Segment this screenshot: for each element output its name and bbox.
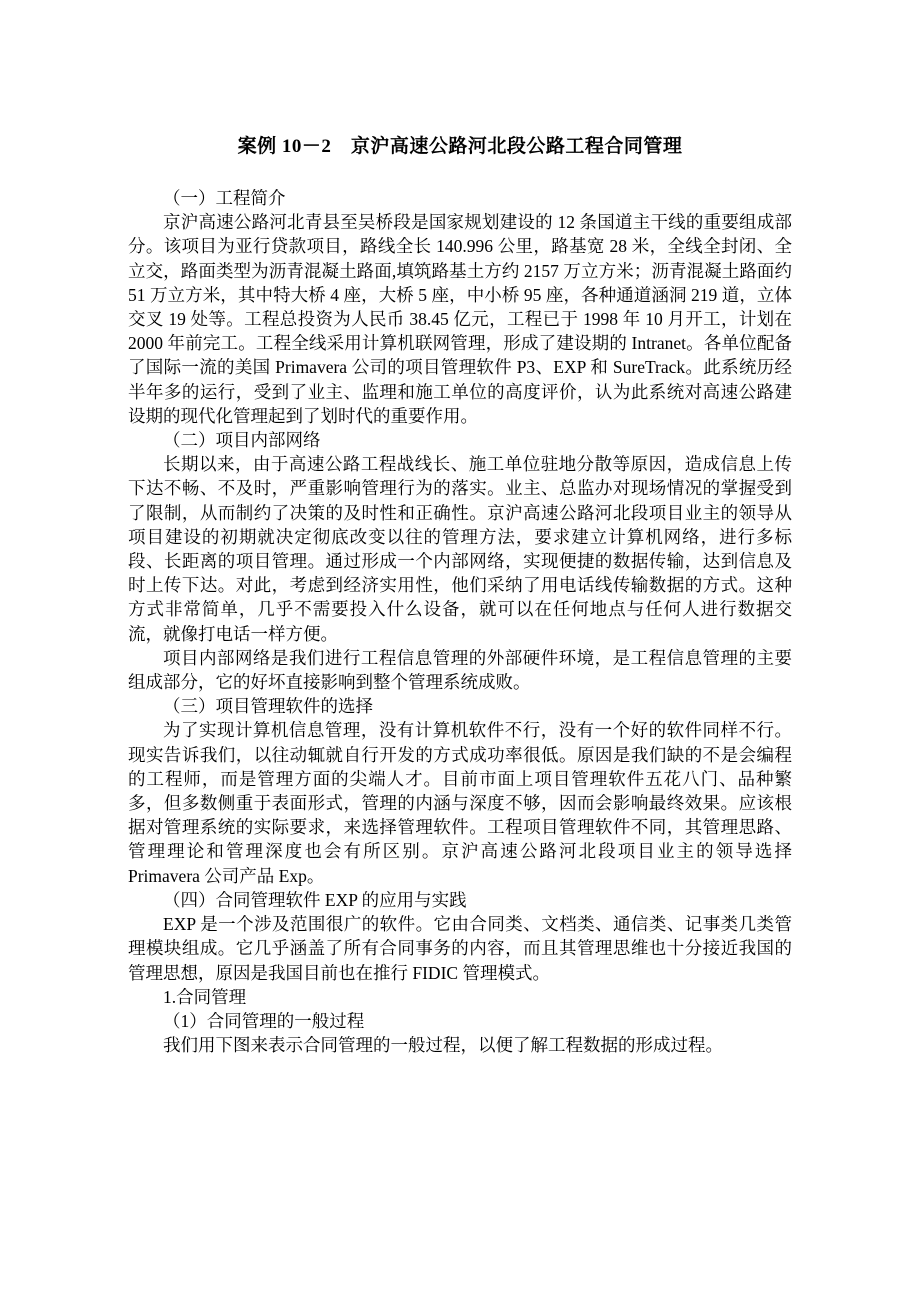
section-heading: （三）项目管理软件的选择 [128, 694, 792, 718]
paragraph: 我们用下图来表示合同管理的一般过程，以便了解工程数据的形成过程。 [128, 1033, 792, 1057]
document-title: 案例 10－2 京沪高速公路河北段公路工程合同管理 [128, 135, 792, 159]
paragraph: 项目内部网络是我们进行工程信息管理的外部硬件环境，是工程信息管理的主要组成部分，… [128, 646, 792, 694]
paragraph: 京沪高速公路河北青县至吴桥段是国家规划建设的 12 条国道主干线的重要组成部分。… [128, 210, 792, 428]
section-heading: （二）项目内部网络 [128, 428, 792, 452]
paragraph: 为了实现计算机信息管理，没有计算机软件不行，没有一个好的软件同样不行。现实告诉我… [128, 718, 792, 887]
section-heading: （四）合同管理软件 EXP 的应用与实践 [128, 888, 792, 912]
paragraph: EXP 是一个涉及范围很广的软件。它由合同类、文档类、通信类、记事类几类管理模块… [128, 912, 792, 985]
document-body: （一）工程简介京沪高速公路河北青县至吴桥段是国家规划建设的 12 条国道主干线的… [128, 186, 792, 1057]
list-item: 1.合同管理 [128, 985, 792, 1009]
section-heading: （一）工程简介 [128, 186, 792, 210]
paragraph: 长期以来，由于高速公路工程战线长、施工单位驻地分散等原因，造成信息上传下达不畅、… [128, 452, 792, 646]
document-page: 案例 10－2 京沪高速公路河北段公路工程合同管理 （一）工程简介京沪高速公路河… [0, 0, 920, 1302]
list-item: （1）合同管理的一般过程 [128, 1009, 792, 1033]
